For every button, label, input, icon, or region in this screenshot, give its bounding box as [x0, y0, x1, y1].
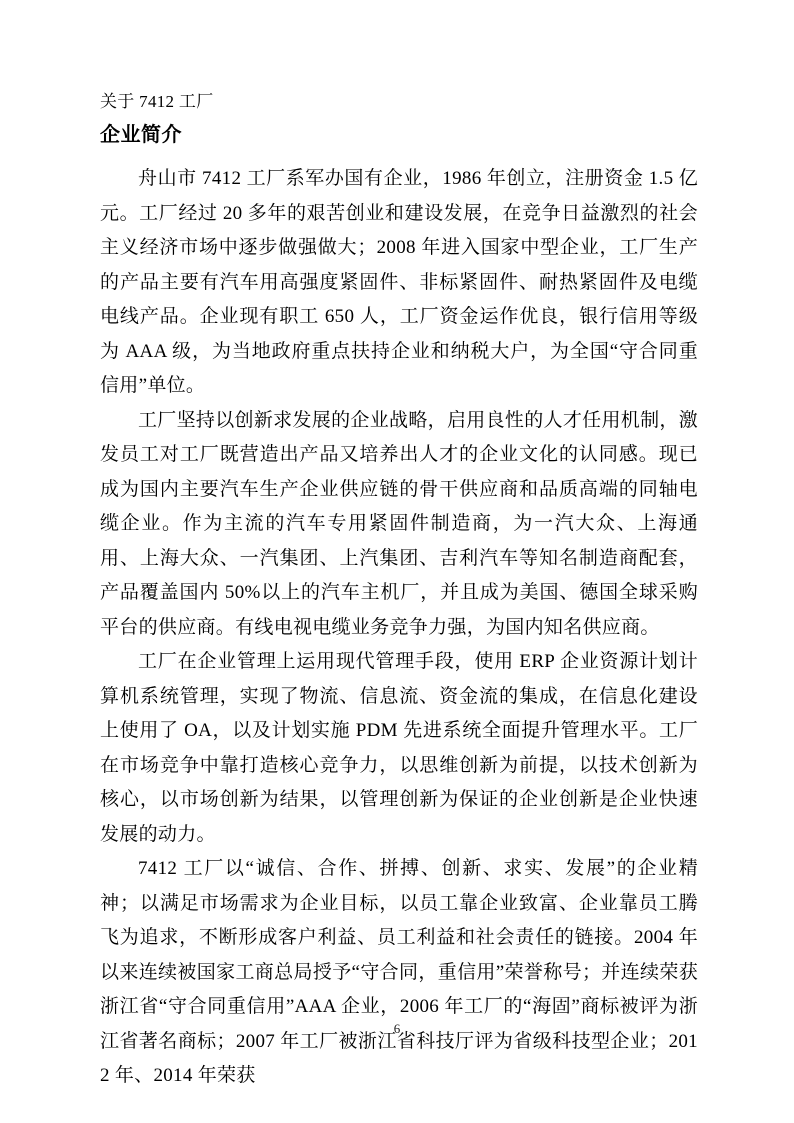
document-pretitle: 关于 7412 工厂 — [100, 90, 698, 114]
paragraph-management: 工厂在企业管理上运用现代管理手段，使用 ERP 企业资源计划计算机系统管理，实现… — [100, 645, 698, 852]
document-page: 关于 7412 工厂 企业简介 舟山市 7412 工厂系军办国有企业，1986 … — [0, 0, 794, 1123]
section-heading: 企业简介 — [100, 121, 698, 149]
document-body: 关于 7412 工厂 企业简介 舟山市 7412 工厂系军办国有企业，1986 … — [100, 90, 698, 1094]
paragraph-spirit-awards: 7412 工厂以“诚信、合作、拼搏、创新、求实、发展”的企业精神；以满足市场需求… — [100, 852, 698, 1094]
paragraph-company-overview: 舟山市 7412 工厂系军办国有企业，1986 年创立，注册资金 1.5 亿元。… — [100, 162, 698, 404]
paragraph-strategy: 工厂坚持以创新求发展的企业战略，启用良性的人才任用机制，激发员工对工厂既营造出产… — [100, 404, 698, 646]
page-number: 6 — [394, 1021, 401, 1036]
page-footer: 6 — [0, 1020, 794, 1038]
